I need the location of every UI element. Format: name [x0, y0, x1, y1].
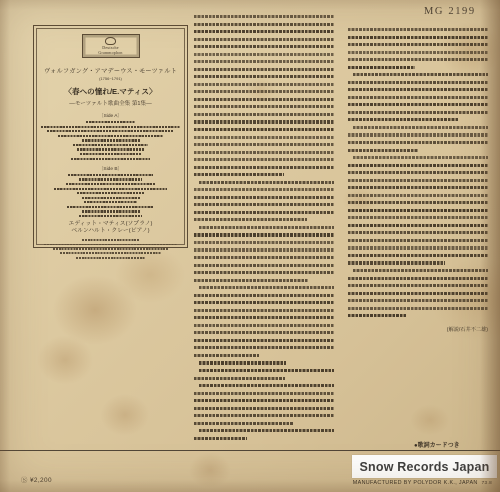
track-line — [77, 148, 144, 150]
price: Ⓢ ¥2,200 — [21, 475, 52, 484]
manufacturer-line: MANUFACTURED BY POLYDOR K.K., JAPAN73.8 — [353, 480, 492, 486]
liner-text-line — [348, 209, 488, 212]
catalog-number: MG 2199 — [424, 6, 476, 17]
track-line — [84, 201, 136, 203]
track-line — [77, 192, 144, 194]
side-b-label: 〔Side B〕 — [38, 165, 183, 172]
liner-text-line — [348, 88, 488, 91]
liner-text-line — [194, 45, 334, 48]
credit-line — [53, 248, 169, 250]
liner-text-line — [194, 271, 334, 274]
track-line — [68, 174, 152, 176]
track-line — [82, 210, 140, 212]
liner-text-line — [194, 437, 247, 440]
liner-text-line — [348, 299, 488, 302]
liner-notes-credit: (解説/石井不二雄) — [348, 326, 488, 333]
artist-dates: (1756~1791) — [38, 76, 183, 81]
liner-text-line — [194, 316, 334, 319]
liner-notes-column-right — [348, 28, 488, 322]
liner-text-line — [348, 179, 488, 182]
album-info-box: Deutsche Grammophon ヴォルフガング・アマデーウス・モーツァル… — [33, 25, 188, 248]
liner-text-line — [194, 233, 334, 236]
liner-text-line — [348, 307, 488, 310]
liner-text-line — [194, 331, 334, 334]
liner-text-line — [348, 66, 415, 69]
liner-text-line — [348, 36, 488, 39]
liner-text-line — [194, 98, 334, 101]
liner-text-line — [194, 15, 334, 18]
liner-text-line — [199, 286, 334, 289]
liner-text-line — [194, 136, 334, 139]
liner-text-line — [348, 133, 488, 136]
watermark-text: Snow Records Japan — [359, 460, 489, 474]
album-title: 〈春への憧れ/E.マティス〉 — [38, 86, 183, 97]
liner-text-line — [348, 51, 488, 54]
track-line — [58, 135, 162, 137]
liner-text-line — [194, 339, 334, 342]
performer-piano: ベルンハルト・クレー(ピアノ) — [38, 228, 183, 235]
track-line — [67, 206, 154, 208]
liner-text-line — [194, 30, 334, 33]
deutsche-grammophon-logo: Deutsche Grammophon — [82, 34, 140, 58]
liner-text-line — [194, 324, 334, 327]
liner-text-line — [194, 399, 334, 402]
liner-text-line — [194, 105, 334, 108]
liner-text-line — [194, 422, 293, 425]
liner-text-line — [348, 284, 488, 287]
liner-text-line — [348, 103, 488, 106]
liner-text-line — [348, 81, 488, 84]
liner-text-line — [194, 218, 307, 221]
liner-text-line — [348, 171, 488, 174]
liner-text-line — [194, 309, 334, 312]
liner-text-line — [348, 314, 407, 317]
liner-text-line — [194, 256, 334, 259]
liner-text-line — [194, 354, 259, 357]
liner-text-line — [199, 384, 334, 387]
liner-text-line — [348, 216, 488, 219]
track-line — [41, 126, 180, 128]
liner-text-line — [348, 164, 488, 167]
track-line — [82, 197, 140, 199]
liner-text-line — [194, 346, 334, 349]
liner-text-line — [194, 38, 334, 41]
liner-text-line — [194, 377, 285, 380]
track-line — [47, 130, 175, 132]
track-line — [86, 121, 135, 123]
liner-text-line — [194, 166, 334, 169]
tulip-crest-icon — [105, 37, 116, 45]
liner-text-line — [194, 23, 334, 26]
liner-text-line — [199, 429, 334, 432]
credit-line — [76, 257, 146, 259]
liner-text-line — [194, 414, 334, 417]
liner-text-line — [199, 181, 334, 184]
liner-text-line — [194, 173, 284, 176]
liner-text-line — [348, 96, 488, 99]
liner-text-line — [194, 83, 334, 86]
liner-text-line — [194, 392, 334, 395]
liner-text-line — [353, 156, 488, 159]
track-line — [79, 178, 143, 180]
credit-line — [60, 252, 162, 254]
footer-divider — [0, 450, 500, 451]
liner-text-line — [194, 279, 308, 282]
manufacturer-text: MANUFACTURED BY POLYDOR K.K., JAPAN — [353, 480, 478, 486]
liner-text-line — [348, 261, 445, 264]
liner-text-line — [194, 90, 334, 93]
track-line — [73, 144, 148, 146]
liner-text-line — [348, 246, 488, 249]
track-line — [82, 139, 140, 141]
credit-line — [44, 244, 177, 246]
liner-text-line — [348, 292, 488, 295]
album-subtitle: ―モーツァルト歌曲全集 第1集― — [38, 99, 183, 107]
liner-text-line — [194, 120, 334, 123]
liner-text-line — [348, 186, 488, 189]
liner-text-line — [353, 269, 488, 272]
liner-text-line — [348, 239, 488, 242]
liner-text-line — [194, 203, 334, 206]
liner-text-line — [194, 241, 334, 244]
track-line — [66, 183, 156, 185]
credit-line — [82, 239, 140, 241]
liner-text-line — [348, 141, 488, 144]
print-code: 73.8 — [482, 480, 492, 485]
liner-text-line — [194, 188, 334, 191]
liner-text-line — [194, 158, 334, 161]
liner-text-line — [348, 58, 488, 61]
liner-text-line — [348, 277, 488, 280]
track-line — [71, 158, 151, 160]
side-a-tracklist — [38, 121, 183, 160]
liner-notes-column-center — [194, 15, 334, 444]
liner-text-line — [348, 111, 488, 114]
side-a-label: 〔Side A〕 — [38, 112, 183, 119]
liner-text-line — [194, 68, 334, 71]
liner-text-line — [348, 194, 488, 197]
liner-text-line — [348, 201, 488, 204]
liner-text-line — [194, 75, 334, 78]
liner-text-line — [199, 226, 334, 229]
track-line — [79, 215, 143, 217]
track-line — [54, 188, 167, 190]
liner-text-line — [199, 361, 286, 364]
performers: エディット・マティス(ソプラノ) ベルンハルト・クレー(ピアノ) — [38, 221, 183, 235]
liner-text-line — [194, 53, 334, 56]
liner-text-line — [353, 126, 488, 129]
liner-text-line — [194, 143, 334, 146]
liner-text-line — [194, 60, 334, 63]
liner-text-line — [348, 254, 488, 257]
liner-text-line — [194, 211, 334, 214]
logo-brand-bottom: Grammophon — [98, 51, 122, 56]
liner-text-line — [194, 264, 334, 267]
liner-text-line — [194, 113, 334, 116]
watermark-box: Snow Records Japan — [352, 455, 497, 478]
liner-text-line — [348, 118, 458, 121]
side-b-tracklist — [38, 174, 183, 217]
record-sleeve-back: MG 2199 Deutsche Grammophon ヴォルフガング・アマデー… — [0, 0, 500, 492]
liner-text-line — [348, 224, 488, 227]
liner-text-line — [348, 43, 488, 46]
liner-text-line — [348, 28, 488, 31]
liner-text-line — [194, 301, 334, 304]
recording-credits — [38, 239, 183, 258]
liner-text-line — [194, 407, 334, 410]
liner-text-line — [194, 128, 334, 131]
liner-text-line — [353, 73, 488, 76]
track-line — [80, 153, 141, 155]
liner-text-line — [348, 231, 488, 234]
liner-text-line — [194, 196, 334, 199]
liner-text-line — [194, 294, 334, 297]
liner-text-line — [348, 149, 418, 152]
liner-text-line — [194, 248, 334, 251]
liner-text-line — [194, 151, 334, 154]
liner-text-line — [199, 369, 334, 372]
artist-name: ヴォルフガング・アマデーウス・モーツァルト — [38, 66, 183, 75]
lyrics-card-note: ●歌詞カードつき — [414, 440, 460, 449]
